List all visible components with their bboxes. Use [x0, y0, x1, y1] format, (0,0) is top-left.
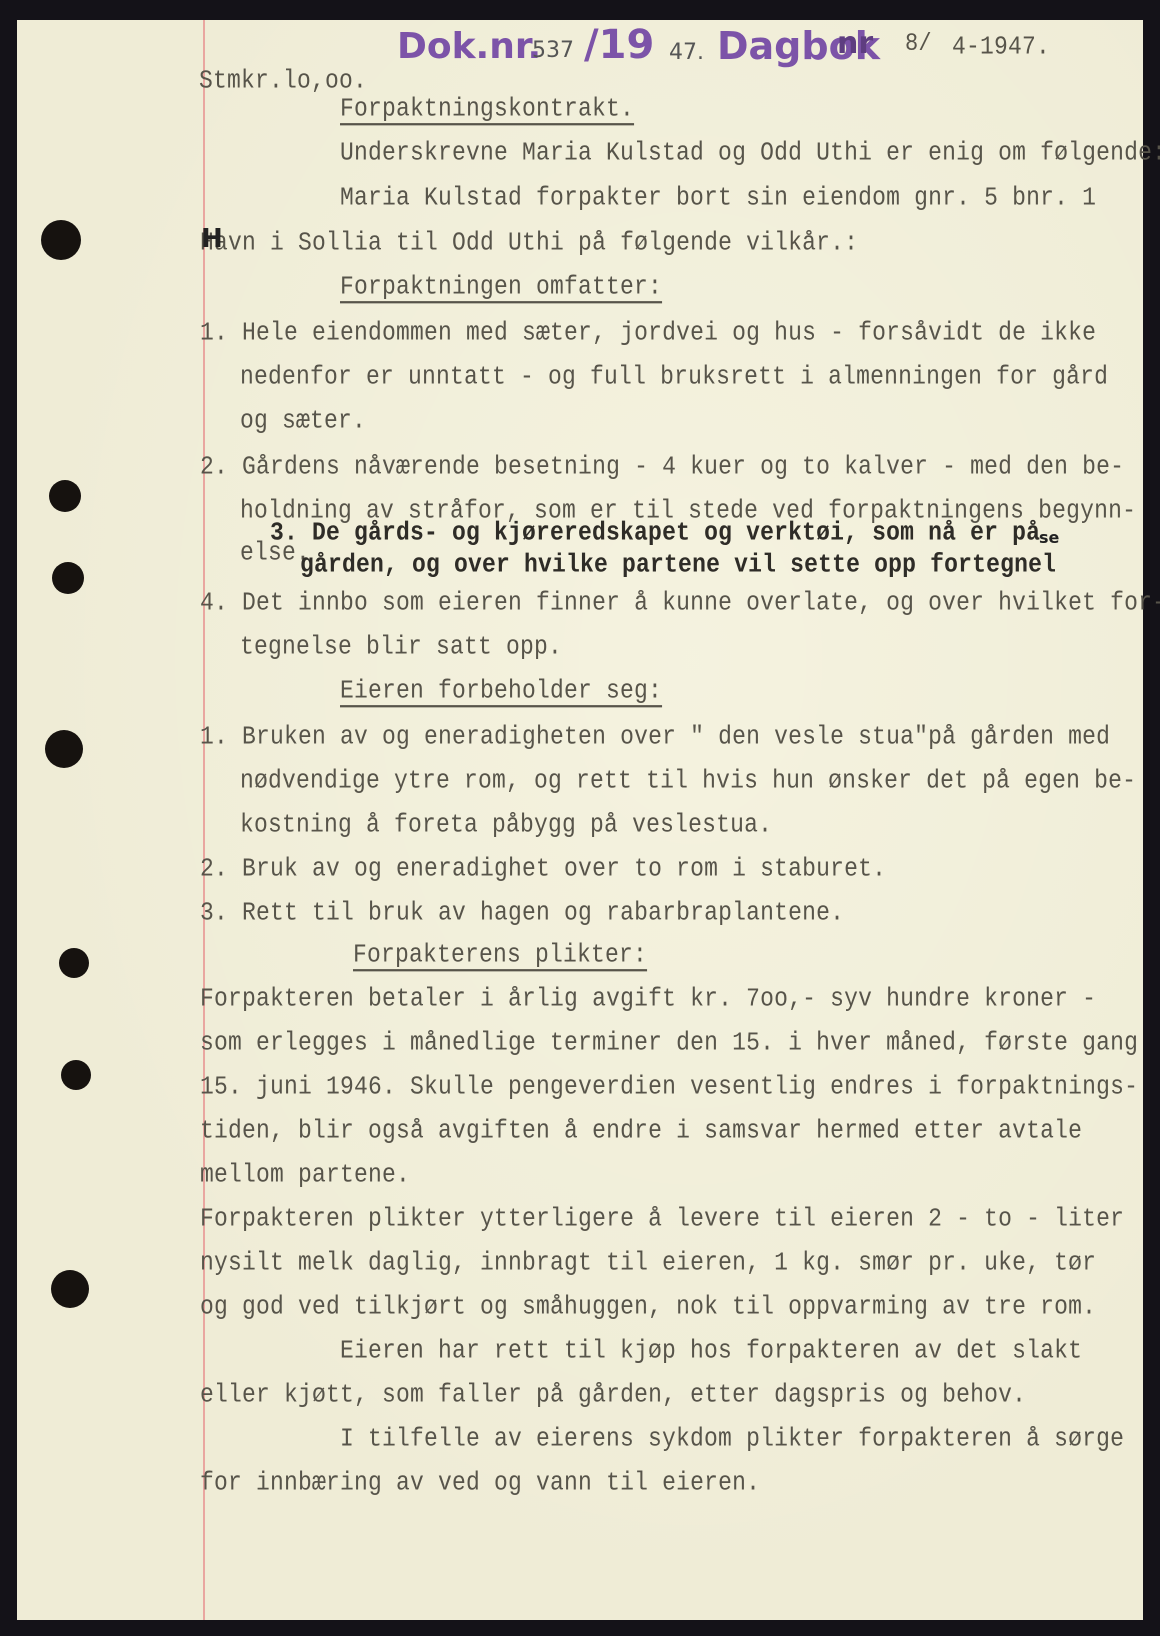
- section1-item4-line1: 4. Det innbo som eieren finner å kunne o…: [200, 588, 1160, 617]
- section3-p2-line2: nysilt melk daglig, innbragt til eieren,…: [200, 1248, 1096, 1277]
- section3-p1-line1: Forpakteren betaler i årlig avgift kr. 7…: [200, 984, 1096, 1013]
- para1-line1: Maria Kulstad forpakter bort sin eiendom…: [340, 183, 1096, 212]
- section2-item3: 3. Rett til bruk av hagen og rabarbrapla…: [200, 898, 844, 927]
- stamp-year-suffix: 47.: [669, 40, 704, 65]
- punch-hole: [45, 730, 83, 768]
- section2-item1-line1: 1. Bruken av og eneradigheten over " den…: [200, 722, 1110, 751]
- stamp-date: 4-1947.: [952, 32, 1050, 61]
- para1-line2: Havn i Sollia til Odd Uthi på følgende v…: [200, 228, 858, 257]
- section2-item1-line2: nødvendige ytre rom, og rett til hvis hu…: [240, 766, 1136, 795]
- document-page: Dok.nr. 537 /19 47. Dagbok nr 8/ 4-1947.…: [17, 20, 1143, 1620]
- section3-p1-line2: som erlegges i månedlige terminer den 15…: [200, 1028, 1138, 1057]
- punch-hole: [52, 562, 84, 594]
- section2-item2: 2. Bruk av og eneradighet over to rom i …: [200, 854, 886, 883]
- stamp-year-prefix: /19: [584, 22, 654, 68]
- section3-p1-line3: 15. juni 1946. Skulle pengeverdien vesen…: [200, 1072, 1138, 1101]
- section2-item1-line3: kostning å foreta påbygg på veslestua.: [240, 810, 772, 839]
- intro-line: Underskrevne Maria Kulstad og Odd Uthi e…: [340, 138, 1160, 167]
- section3-heading: Forpakterens plikter:: [353, 940, 647, 969]
- section3-p3-line2: eller kjøtt, som faller på gården, etter…: [200, 1380, 1026, 1409]
- section3-p2-line1: Forpakteren plikter ytterligere å levere…: [200, 1204, 1124, 1233]
- section1-item1-line1: 1. Hele eiendommen med sæter, jordvei og…: [200, 318, 1096, 347]
- handwritten-h: H: [201, 224, 223, 254]
- contract-title: Forpaktningskontrakt.: [340, 94, 634, 123]
- section3-p3-line1: Eieren har rett til kjøp hos forpakteren…: [340, 1336, 1082, 1365]
- section3-p4-line2: for innbæring av ved og vann til eieren.: [200, 1468, 760, 1497]
- stamp-dok-number: 537: [532, 38, 574, 63]
- section3-p4-line1: I tilfelle av eierens sykdom plikter for…: [340, 1424, 1124, 1453]
- section3-p1-line5: mellom partene.: [200, 1160, 410, 1189]
- stamp-duty: Stmkr.lo,oo.: [199, 66, 367, 95]
- section1-item3-line2: gården, og over hvilke partene vil sette…: [300, 550, 1056, 579]
- stamp-dok-label: Dok.nr.: [397, 26, 541, 67]
- section1-heading: Forpaktningen omfatter:: [340, 272, 662, 301]
- section3-p1-line4: tiden, blir også avgiften å endre i sams…: [200, 1116, 1082, 1145]
- section1-item2-line1: 2. Gårdens nåværende besetning - 4 kuer …: [200, 452, 1124, 481]
- punch-hole: [51, 1270, 89, 1308]
- handwritten-correction: se: [1039, 528, 1059, 547]
- punch-hole: [41, 220, 81, 260]
- punch-hole: [59, 948, 89, 978]
- punch-hole: [61, 1060, 91, 1090]
- section1-item1-line3: og sæter.: [240, 406, 366, 435]
- stamp-dagbok-suffix: nr: [837, 26, 873, 61]
- section3-p2-line3: og god ved tilkjørt og småhuggen, nok ti…: [200, 1292, 1096, 1321]
- section1-item1-line2: nedenfor er unntatt - og full bruksrett …: [240, 362, 1108, 391]
- stamp-date-day: 8/: [905, 30, 932, 58]
- section1-item4-line2: tegnelse blir satt opp.: [240, 632, 562, 661]
- punch-hole: [49, 480, 81, 512]
- section1-item3-line1: 3. De gårds- og kjøreredskapet og verktø…: [270, 518, 1040, 547]
- section2-heading: Eieren forbeholder seg:: [340, 676, 662, 705]
